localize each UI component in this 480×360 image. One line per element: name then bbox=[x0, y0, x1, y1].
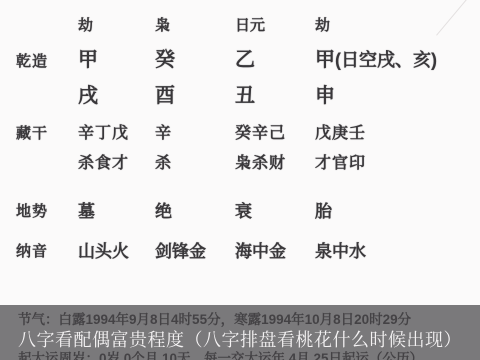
stem-month: 癸 bbox=[155, 50, 235, 71]
ten-gods-row-label bbox=[16, 18, 78, 34]
branch-hour: 申 bbox=[315, 86, 465, 107]
branches-row-label bbox=[16, 86, 78, 107]
stems-row: 乾造 甲 癸 乙 甲(日空戌、亥) bbox=[16, 50, 465, 71]
branch-day: 丑 bbox=[235, 86, 315, 107]
dishi-year: 墓 bbox=[78, 203, 155, 221]
ten-god-hour: 劫 bbox=[315, 18, 465, 34]
canggan-year: 辛丁戊 bbox=[78, 126, 155, 143]
ten-god-year: 劫 bbox=[78, 18, 155, 34]
canggan-gods-hour: 才官印 bbox=[315, 156, 465, 173]
nayin-year: 山头火 bbox=[78, 243, 155, 261]
canggan-gods-month: 杀 bbox=[155, 156, 235, 173]
dishi-row: 地势 墓 绝 衰 胎 bbox=[16, 203, 465, 221]
nayin-row-label: 纳音 bbox=[16, 243, 78, 261]
canggan-gods-row-label bbox=[16, 156, 78, 173]
canggan-gods-year: 杀食才 bbox=[78, 156, 155, 173]
stem-hour: 甲(日空戌、亥) bbox=[315, 50, 465, 71]
branch-month: 酉 bbox=[155, 86, 235, 107]
canggan-row-label: 藏干 bbox=[16, 126, 78, 143]
stem-day: 乙 bbox=[235, 50, 315, 71]
zao-label: 乾造 bbox=[16, 50, 78, 71]
ten-god-day: 日元 bbox=[235, 18, 315, 34]
ten-gods-row: 劫 枭 日元 劫 bbox=[16, 18, 465, 34]
canggan-day: 癸辛己 bbox=[235, 126, 315, 143]
ten-god-month: 枭 bbox=[155, 18, 235, 34]
branches-row: 戌 酉 丑 申 bbox=[16, 86, 465, 107]
canggan-hour: 戊庚壬 bbox=[315, 126, 465, 143]
nayin-row: 纳音 山头火 剑锋金 海中金 泉中水 bbox=[16, 243, 465, 261]
stem-hour-char: 甲 bbox=[315, 49, 335, 71]
canggan-month: 辛 bbox=[155, 126, 235, 143]
stem-year: 甲 bbox=[78, 50, 155, 71]
nayin-month: 剑锋金 bbox=[155, 243, 235, 261]
canggan-gods-day: 枭杀财 bbox=[235, 156, 315, 173]
dishi-row-label: 地势 bbox=[16, 203, 78, 221]
dishi-day: 衰 bbox=[235, 203, 315, 221]
bazi-chart-page: 劫 枭 日元 劫 乾造 甲 癸 乙 甲(日空戌、亥) 戌 酉 丑 申 藏干 辛丁… bbox=[0, 0, 480, 360]
nayin-hour: 泉中水 bbox=[315, 243, 465, 261]
branch-year: 戌 bbox=[78, 86, 155, 107]
day-void-note: (日空戌、亥) bbox=[335, 50, 437, 70]
dishi-hour: 胎 bbox=[315, 203, 465, 221]
dishi-month: 绝 bbox=[155, 203, 235, 221]
nayin-day: 海中金 bbox=[235, 243, 315, 261]
canggan-row: 藏干 辛丁戊 辛 癸辛己 戊庚壬 bbox=[16, 126, 465, 143]
canggan-gods-row: 杀食才 杀 枭杀财 才官印 bbox=[16, 156, 465, 173]
caption-title: 八字看配偶富贵程度（八字排盘看桃花什么时候出现） bbox=[0, 326, 480, 352]
